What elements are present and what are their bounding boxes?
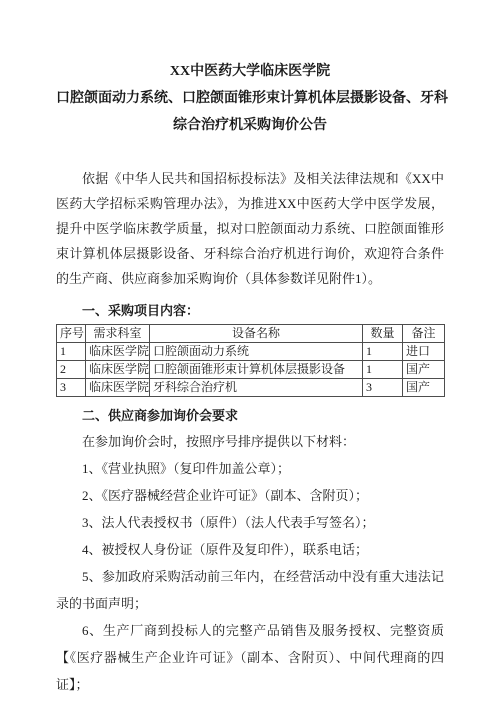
requirement-item-1: 1、《营业执照》（复印件加盖公章）； (56, 455, 444, 482)
document-title: XX中医药大学临床医学院 口腔颌面动力系统、口腔颌面锥形束计算机体层摄影设备、牙… (56, 58, 444, 139)
row-note-cell: 进口 (403, 343, 445, 361)
procurement-items-table: 序号 需求科室 设备名称 数量 备注 1 临床医学院 口腔颌面动力系统 1 进口… (56, 324, 445, 397)
section2-intro: 在参加询价会时，按照序号排序提供以下材料： (56, 428, 444, 455)
row-device-cell: 口腔颌面锥形束计算机体层摄影设备 (150, 361, 363, 379)
table-header-index: 序号 (57, 325, 86, 343)
row-device-cell: 口腔颌面动力系统 (150, 343, 363, 361)
row-qty-cell: 1 (363, 361, 403, 379)
row-dept-cell: 临床医学院 (86, 379, 150, 397)
table-header-row: 序号 需求科室 设备名称 数量 备注 (57, 325, 445, 343)
row-device-cell: 牙科综合治疗机 (150, 379, 363, 397)
row-index-cell: 3 (57, 379, 86, 397)
row-qty-cell: 3 (363, 379, 403, 397)
title-line-3: 综合治疗机采购询价公告 (56, 112, 444, 139)
section2-heading: 二、供应商参加询价会要求 (56, 406, 444, 426)
row-index-cell: 1 (57, 343, 86, 361)
title-line-1: XX中医药大学临床医学院 (56, 58, 444, 85)
row-qty-cell: 1 (363, 343, 403, 361)
row-dept-cell: 临床医学院 (86, 361, 150, 379)
table-header-dept: 需求科室 (86, 325, 150, 343)
table-header-device: 设备名称 (150, 325, 363, 343)
section1-heading: 一、采购项目内容： (56, 301, 444, 321)
intro-paragraph: 依据《中华人民共和国招标投标法》及相关法律法规和《XX中医药大学招标采购管理办法… (56, 166, 444, 291)
requirement-item-6: 6、生产厂商到投标人的完整产品销售及服务授权、完整资质【《医疗器械生产企业许可证… (56, 617, 444, 698)
title-line-2: 口腔颌面动力系统、口腔颌面锥形束计算机体层摄影设备、牙科 (56, 85, 444, 112)
row-note-cell: 国产 (403, 379, 445, 397)
row-index-cell: 2 (57, 361, 86, 379)
table-row: 3 临床医学院 牙科综合治疗机 3 国产 (57, 379, 445, 397)
requirement-item-5: 5、参加政府采购活动前三年内，在经营活动中没有重大违法记录的书面声明； (56, 563, 444, 617)
row-dept-cell: 临床医学院 (86, 343, 150, 361)
requirement-item-4: 4、被授权人身份证（原件及复印件），联系电话； (56, 536, 444, 563)
table-header-note: 备注 (403, 325, 445, 343)
table-header-qty: 数量 (363, 325, 403, 343)
document-page: XX中医药大学临床医学院 口腔颌面动力系统、口腔颌面锥形束计算机体层摄影设备、牙… (0, 0, 500, 707)
row-note-cell: 国产 (403, 361, 445, 379)
table-row: 2 临床医学院 口腔颌面锥形束计算机体层摄影设备 1 国产 (57, 361, 445, 379)
table-row: 1 临床医学院 口腔颌面动力系统 1 进口 (57, 343, 445, 361)
requirement-item-2: 2、《医疗器械经营企业许可证》（副本、含附页）； (56, 482, 444, 509)
requirement-item-3: 3、法人代表授权书（原件）（法人代表手写签名）； (56, 509, 444, 536)
